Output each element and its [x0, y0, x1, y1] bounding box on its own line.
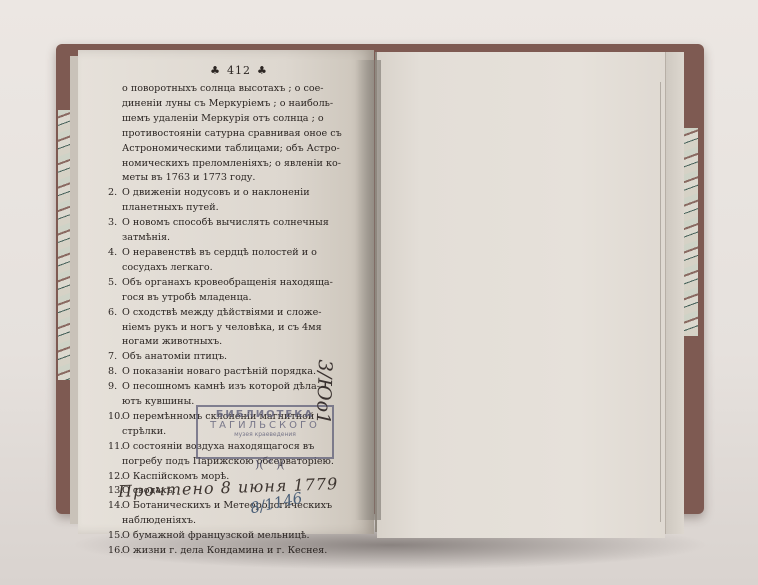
page-block-edge-right: [665, 52, 684, 534]
item-number: 7.: [108, 350, 122, 365]
line-text: Астрономическими таблицами; объ Астро-: [122, 143, 340, 154]
item-number: 16.: [108, 544, 122, 559]
item-number: 4.: [108, 246, 122, 261]
item-number: 10.: [108, 410, 122, 425]
text-line: наблюденіяхъ.: [108, 514, 370, 529]
page-number: ♣412♣: [108, 64, 370, 77]
line-text: О показаніи новаго растѣній порядка.: [122, 366, 316, 377]
line-text: О бумажной французской мельницѣ.: [122, 530, 310, 541]
gutter: [375, 52, 377, 532]
text-line: противостояніи сатурна сравнивая оное съ: [108, 127, 370, 142]
line-text: затмѣнія.: [122, 232, 170, 243]
line-text: противостояніи сатурна сравнивая оное съ: [122, 128, 342, 139]
text-line: ногами животныхъ.: [108, 335, 370, 350]
text-line: ніемъ рукъ и ногъ у человѣка, и съ 4мя: [108, 321, 370, 336]
line-text: шемъ удаленіи Меркурія отъ солнца ; о: [122, 113, 324, 124]
line-text: О новомъ способѣ вычислять солнечныя: [122, 217, 329, 228]
text-line: о поворотныхъ солнца высотахъ ; о сое-: [108, 82, 370, 97]
item-number: 3.: [108, 216, 122, 231]
right-page: [377, 52, 665, 538]
item-number: 8.: [108, 365, 122, 380]
line-text: О сходствѣ между дѣйствіями и сложе-: [122, 307, 322, 318]
line-text: О песошномъ камнѣ изъ которой дѣла-: [122, 381, 320, 392]
line-text: наблюденіяхъ.: [122, 515, 196, 526]
text-line: Астрономическими таблицами; объ Астро-: [108, 142, 370, 157]
line-text: Объ органахъ кровеобращенія находяща-: [122, 277, 333, 288]
text-line: гося въ утробѣ младенца.: [108, 291, 370, 306]
text-line: номическихъ преломленіяхъ; о явленіи ко-: [108, 157, 370, 172]
item-number: 14.: [108, 499, 122, 514]
line-text: ютъ кувшины.: [122, 396, 194, 407]
page-fold-line: [660, 82, 661, 522]
item-number: 9.: [108, 380, 122, 395]
line-text: ногами животныхъ.: [122, 336, 222, 347]
inventory-number: 3/Юо1: [312, 359, 336, 424]
line-text: сосудахъ легкаго.: [122, 262, 213, 273]
line-text: О движеніи нодусовъ и о наклоненіи: [122, 187, 310, 198]
text-line: 2.О движеніи нодусовъ и о наклоненіи: [108, 186, 370, 201]
item-number: 5.: [108, 276, 122, 291]
line-text: О жизни г. дела Кондамина и г. Кеснея.: [122, 545, 327, 556]
line-text: диненіи луны съ Меркуріемъ ; о наиболь-: [122, 98, 333, 109]
line-text: Объ анатоміи птицъ.: [122, 351, 227, 362]
item-number: 15.: [108, 529, 122, 544]
text-line: шемъ удаленіи Меркурія отъ солнца ; о: [108, 112, 370, 127]
text-line: 6.О сходствѣ между дѣйствіями и сложе-: [108, 306, 370, 321]
line-text: О неравенствѣ въ сердцѣ полостей и о: [122, 247, 317, 258]
text-line: 3.О новомъ способѣ вычислять солнечныя: [108, 216, 370, 231]
line-text: планетныхъ путей.: [122, 202, 219, 213]
text-line: сосудахъ легкаго.: [108, 261, 370, 276]
line-text: гося въ утробѣ младенца.: [122, 292, 252, 303]
text-line: 16.О жизни г. дела Кондамина и г. Кеснея…: [108, 544, 370, 559]
line-text: ніемъ рукъ и ногъ у человѣка, и съ 4мя: [122, 322, 322, 333]
item-number: 11.: [108, 440, 122, 455]
line-text: меты въ 1763 и 1773 году.: [122, 172, 255, 183]
marbled-endpaper-right: [684, 128, 698, 336]
text-line: 5.Объ органахъ кровеобращенія находяща-: [108, 276, 370, 291]
text-line: затмѣнія.: [108, 231, 370, 246]
ornament-icon: ♣: [257, 64, 268, 77]
text-line: планетныхъ путей.: [108, 201, 370, 216]
text-line: 14.О Ботаническихъ и Метеорологическихъ: [108, 499, 370, 514]
text-line: 4.О неравенствѣ въ сердцѣ полостей и о: [108, 246, 370, 261]
text-line: меты въ 1763 и 1773 году.: [108, 171, 370, 186]
item-number: 2.: [108, 186, 122, 201]
line-text: номическихъ преломленіяхъ; о явленіи ко-: [122, 158, 341, 169]
stamp-line-3: музея краеведения: [198, 431, 332, 438]
page-number-value: 412: [227, 64, 251, 77]
ornament-icon: ♣: [210, 64, 221, 77]
line-text: стрѣлки.: [122, 426, 166, 437]
stamp-mark: )( ° )(: [255, 458, 285, 471]
line-text: о поворотныхъ солнца высотахъ ; о сое-: [122, 83, 324, 94]
text-line: диненіи луны съ Меркуріемъ ; о наиболь-: [108, 97, 370, 112]
text-line: 15.О бумажной французской мельницѣ.: [108, 529, 370, 544]
item-number: 6.: [108, 306, 122, 321]
